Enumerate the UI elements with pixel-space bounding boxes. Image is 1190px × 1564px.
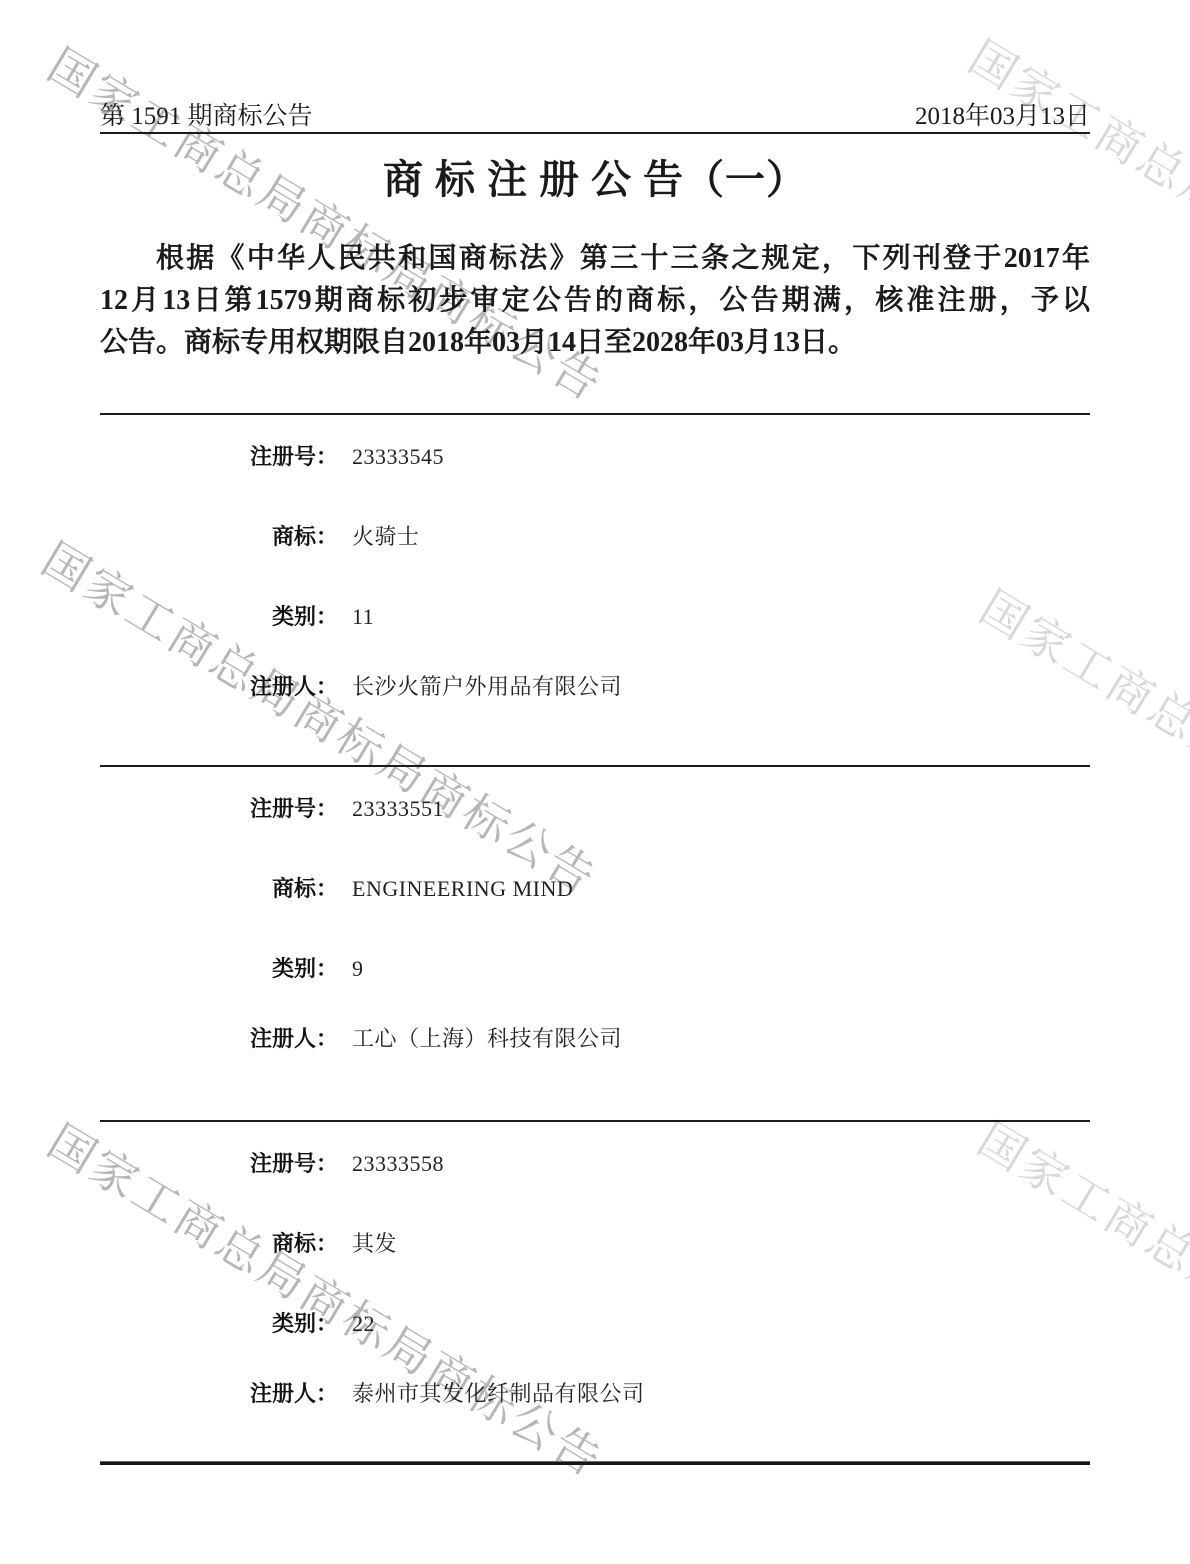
trademark-value: 火骑士 (352, 520, 420, 551)
trademark-entry: 注册号： 23333551 商标： ENGINEERING MIND 类别： 9… (100, 765, 1090, 1120)
trademark-row: 商标： ENGINEERING MIND (100, 872, 1090, 903)
registrant-value: 工心（上海）科技有限公司 (352, 1022, 622, 1053)
intro-line: 根据《中华人民共和国商标法》第三十三条之规定，下列刊登于2017年 (100, 238, 1090, 280)
intro-line: 公告。商标专用权期限自2018年03月14日至2028年03月13日。 (100, 322, 1090, 364)
trademark-label: 商标： (100, 1227, 338, 1258)
intro-paragraph: 根据《中华人民共和国商标法》第三十三条之规定，下列刊登于2017年 12月13日… (100, 238, 1090, 364)
registrant-label: 注册人： (100, 1377, 338, 1408)
trademark-label: 商标： (100, 872, 338, 903)
reg-no-value: 23333551 (352, 796, 444, 822)
reg-no-value: 23333545 (352, 444, 444, 470)
category-row: 类别： 9 (100, 952, 1090, 983)
reg-no-row: 注册号： 23333558 (100, 1147, 1090, 1178)
trademark-value: ENGINEERING MIND (352, 876, 573, 902)
registrant-row: 注册人： 工心（上海）科技有限公司 (100, 1022, 1090, 1053)
page-title: 商 标 注 册 公 告（一） (100, 148, 1090, 205)
entry-divider (100, 1120, 1090, 1122)
trademark-row: 商标： 火骑士 (100, 520, 1090, 551)
trademark-value: 其发 (352, 1227, 397, 1258)
category-value: 11 (352, 604, 374, 630)
trademark-entry: 注册号： 23333558 商标： 其发 类别： 22 注册人： 泰州市其发化纤… (100, 1120, 1090, 1461)
registrant-value: 泰州市其发化纤制品有限公司 (352, 1377, 645, 1408)
entry-divider (100, 765, 1090, 767)
trademark-entry: 注册号： 23333545 商标： 火骑士 类别： 11 注册人： 长沙火箭户外… (100, 413, 1090, 765)
registrant-value: 长沙火箭户外用品有限公司 (352, 670, 622, 701)
trademark-label: 商标： (100, 520, 338, 551)
reg-no-label: 注册号： (100, 440, 338, 471)
trademark-row: 商标： 其发 (100, 1227, 1090, 1258)
reg-no-row: 注册号： 23333545 (100, 440, 1090, 471)
page-header: 第 1591 期商标公告 2018年03月13日 (100, 96, 1090, 132)
category-row: 类别： 11 (100, 600, 1090, 631)
category-value: 22 (352, 1311, 375, 1337)
registrant-label: 注册人： (100, 670, 338, 701)
page-bottom-divider (100, 1461, 1090, 1465)
reg-no-label: 注册号： (100, 792, 338, 823)
gazette-date: 2018年03月13日 (915, 96, 1090, 132)
category-row: 类别： 22 (100, 1307, 1090, 1338)
category-label: 类别： (100, 1307, 338, 1338)
gazette-page: 国家工商总局商标局商标公告 国家工商总局商标局商标公告 国家工商总局商标局商标公… (0, 0, 1190, 1564)
reg-no-label: 注册号： (100, 1147, 338, 1178)
header-divider (100, 132, 1090, 134)
registrant-row: 注册人： 泰州市其发化纤制品有限公司 (100, 1377, 1090, 1408)
intro-line: 12月13日第1579期商标初步审定公告的商标，公告期满，核准注册，予以 (100, 280, 1090, 322)
registrant-row: 注册人： 长沙火箭户外用品有限公司 (100, 670, 1090, 701)
reg-no-row: 注册号： 23333551 (100, 792, 1090, 823)
category-label: 类别： (100, 600, 338, 631)
category-label: 类别： (100, 952, 338, 983)
reg-no-value: 23333558 (352, 1151, 444, 1177)
entry-divider (100, 413, 1090, 415)
registrant-label: 注册人： (100, 1022, 338, 1053)
category-value: 9 (352, 956, 364, 982)
gazette-issue-label: 第 1591 期商标公告 (100, 96, 313, 132)
